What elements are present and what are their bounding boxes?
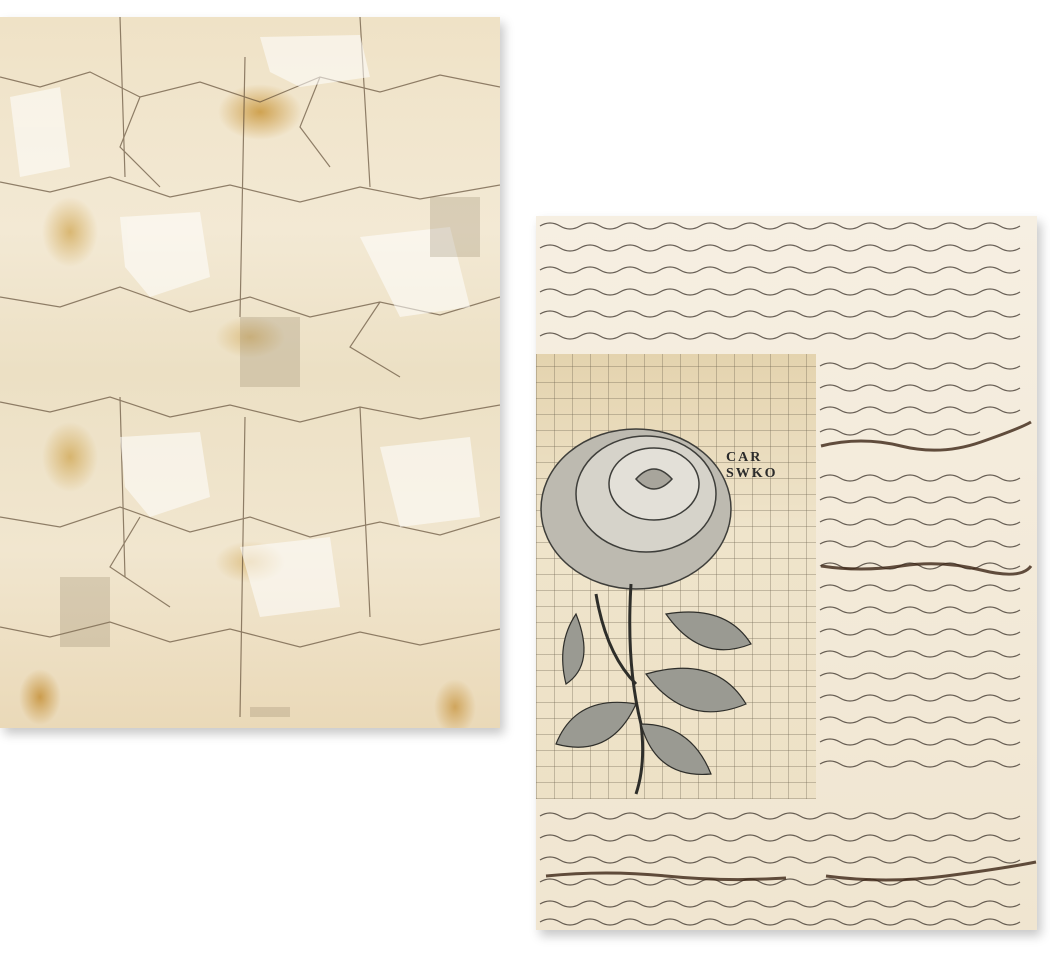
rose-icon [536, 354, 816, 799]
decorative-paper-sheet-peeling [0, 17, 500, 728]
rose-illustration-panel: CAR SWKO [536, 354, 816, 799]
torn-paper-pattern [0, 17, 500, 728]
decorative-paper-sheet-rose: CAR SWKO [536, 216, 1037, 930]
inset-label-text: CAR SWKO [726, 450, 816, 482]
